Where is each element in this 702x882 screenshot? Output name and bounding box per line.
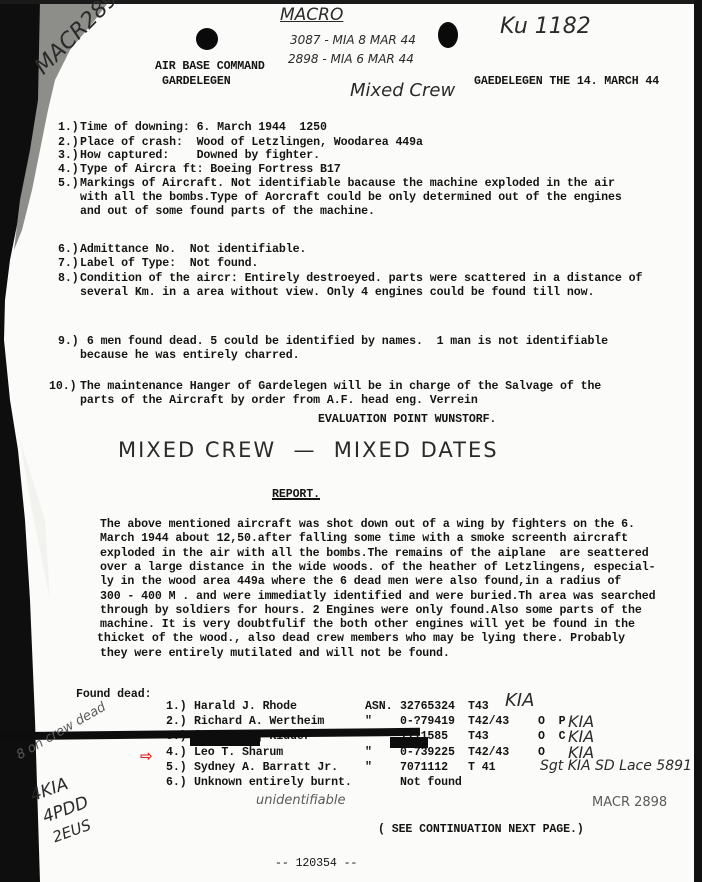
item-text: Admittance No. Not identifiable. xyxy=(80,243,306,256)
dead-row-tag: T42/43 xyxy=(468,715,509,728)
report-line: they were entirely mutilated and will no… xyxy=(100,647,450,660)
dead-row-name: Leo T. Sharum xyxy=(194,746,283,759)
report-line: through by soldiers for hours. 2 Engines… xyxy=(100,604,642,617)
evaluation-point: EVALUATION POINT WUNSTORF. xyxy=(318,413,496,426)
dead-row-tag: T 41 xyxy=(468,761,495,774)
dead-row-number: 6.) xyxy=(166,776,187,789)
handwritten-macro-title: MACRO xyxy=(280,5,343,25)
dead-row-serial: 0-?79419 xyxy=(400,715,455,728)
dead-row-name: Richard A. Wertheim xyxy=(194,715,324,728)
dead-row-rank: O xyxy=(538,746,545,759)
dead-row-prefix: " xyxy=(365,761,372,774)
item-text: with all the bombs.Type of Aorcraft coul… xyxy=(80,191,622,204)
report-line: over a large distance in the wide woods.… xyxy=(100,561,655,574)
item-number: 5.) xyxy=(58,177,79,190)
item-text: Condition of the aircr: Entirely destroe… xyxy=(80,272,642,285)
dead-row-number: 5.) xyxy=(166,761,187,774)
date-line: GAEDELEGEN THE 14. MARCH 44 xyxy=(474,75,659,88)
dead-row-rank: O C xyxy=(538,730,565,743)
report-line: The above mentioned aircraft was shot do… xyxy=(100,518,635,531)
punch-hole-right xyxy=(438,22,458,48)
item-text: Markings of Aircraft. Not identifiable b… xyxy=(80,177,615,190)
dead-row-name: Harald J. Rhode xyxy=(194,700,297,713)
red-arrow-icon: ⇨ xyxy=(140,747,153,765)
item-number: 2.) xyxy=(58,136,79,149)
handwritten-mixed-crew: Mixed Crew xyxy=(350,80,455,101)
dead-row-prefix: " xyxy=(365,746,372,759)
org-line-1: AIR BASE COMMAND xyxy=(155,60,265,73)
found-dead-label: Found dead: xyxy=(76,688,151,701)
item-text: because he was entirely charred. xyxy=(80,349,299,362)
dead-row-rank: O P xyxy=(538,715,565,728)
handwritten-macr-left: MACR2898 xyxy=(30,0,133,80)
dead-row-number: 4.) xyxy=(166,746,187,759)
report-line: ly in the wood area 449a where the 6 dea… xyxy=(100,575,621,588)
item-text: Label of Type: Not found. xyxy=(80,257,258,270)
dead-row-serial: 7071112 xyxy=(400,761,448,774)
item-text: and out of some found parts of the machi… xyxy=(80,205,375,218)
item-number: 10.) xyxy=(49,380,76,393)
dead-row-name: Sydney A. Barratt Jr. xyxy=(194,761,338,774)
item-text: 6 men found dead. 5 could be identified … xyxy=(80,335,608,348)
item-text: Type of Aircra ft: Boeing Fortress B17 xyxy=(80,163,341,176)
org-line-2: GARDELEGEN xyxy=(162,75,231,88)
redaction-bar-name xyxy=(190,735,260,746)
handwritten-file-ref: Ku 1182 xyxy=(500,14,591,39)
report-line: March 1944 about 12,50.after falling som… xyxy=(100,532,628,545)
item-text: Place of crash: Wood of Letzlingen, Wood… xyxy=(80,136,423,149)
item-number: 3.) xyxy=(58,149,79,162)
handwritten-unidentifiable: unidentifiable xyxy=(256,793,346,808)
page-number: -- 120354 -- xyxy=(275,857,357,870)
item-number: 1.) xyxy=(58,121,79,134)
item-number: 8.) xyxy=(58,272,79,285)
handwritten-macro-line-1: 3087 - MIA 8 MAR 44 xyxy=(290,33,416,47)
report-line: machine. It is very doubtfulif the both … xyxy=(100,618,635,631)
item-number: 9.) xyxy=(58,335,79,348)
dead-row-status: Sgt KIA SD Lace 5891 xyxy=(540,758,692,774)
report-title: REPORT. xyxy=(272,488,320,501)
dead-row-number: 2.) xyxy=(166,715,187,728)
document-page: AIR BASE COMMAND GARDELEGEN GAEDELEGEN T… xyxy=(0,0,702,882)
item-text: How captured: Downed by fighter. xyxy=(80,149,320,162)
item-text: parts of the Aircraft by order from A.F.… xyxy=(80,394,478,407)
item-number: 6.) xyxy=(58,243,79,256)
dead-row-serial: 32765324 xyxy=(400,700,455,713)
handwritten-macr-bottom: MACR 2898 xyxy=(592,795,667,810)
report-line: exploded in the air with all the bombs.T… xyxy=(100,547,649,560)
dead-row-name: Unknown entirely burnt. xyxy=(194,776,352,789)
punch-hole-left xyxy=(196,28,218,50)
dead-row-tag: T43 xyxy=(468,730,489,743)
item-number: 7.) xyxy=(58,257,79,270)
item-text: Time of downing: 6. March 1944 1250 xyxy=(80,121,327,134)
dead-row-serial: Not found xyxy=(400,776,462,789)
dead-row-prefix: ASN. xyxy=(365,700,392,713)
report-line: 300 - 400 M . and were immediatly identi… xyxy=(100,590,655,603)
item-text: several Km. in a area without view. Only… xyxy=(80,286,594,299)
handwritten-mixed-crew-dates: MIXED CREW — MIXED DATES xyxy=(118,438,499,462)
redaction-bar-serial xyxy=(390,737,428,748)
handwritten-macro-line-2: 2898 - MIA 6 MAR 44 xyxy=(288,52,414,66)
continuation-note: ( SEE CONTINUATION NEXT PAGE.) xyxy=(378,823,584,836)
dead-row-number: 1.) xyxy=(166,700,187,713)
dead-row-prefix: " xyxy=(365,715,372,728)
item-text: The maintenance Hanger of Gardelegen wil… xyxy=(80,380,601,393)
report-line: thicket of the wood., also dead crew mem… xyxy=(97,632,625,645)
dead-row-tag: T42/43 xyxy=(468,746,509,759)
dead-row-tag: T43 xyxy=(468,700,489,713)
item-number: 4.) xyxy=(58,163,79,176)
dead-row-status: KIA xyxy=(505,690,534,711)
